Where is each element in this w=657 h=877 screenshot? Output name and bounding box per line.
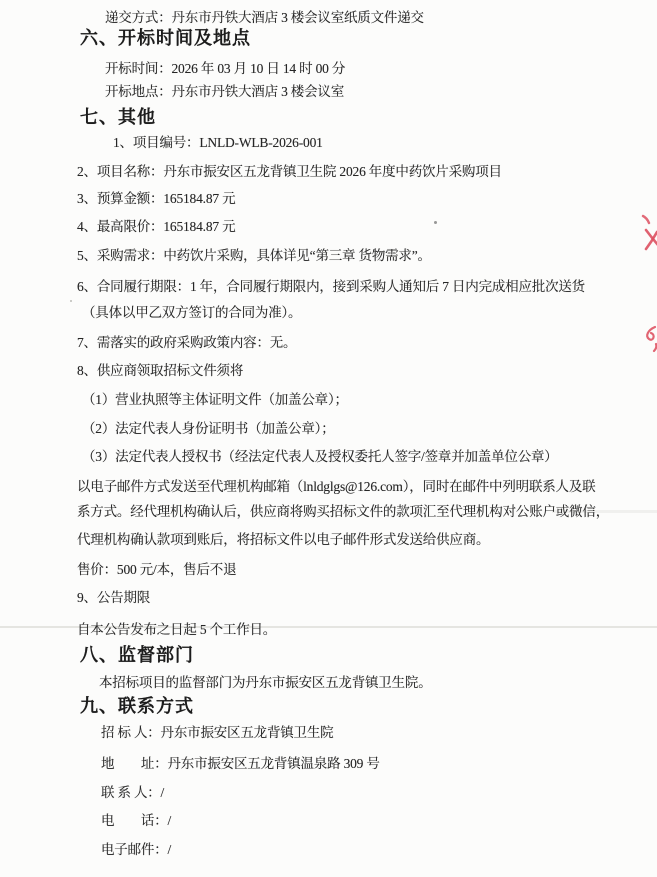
line-email-instruction-1: 以电子邮件方式发送至代理机构邮箱（lnldglgs@126.com），同时在邮件… [77,477,595,497]
line-item-authorization-letter: （3）法定代表人授权书（经法定代表人及授权委托人签字/签章并加盖单位公章） [82,447,558,467]
line-email-instruction-2: 系方式。经代理机构确认后，供应商将购买招标文件的款项汇至代理机构对公账户或微信， [77,502,609,522]
line-bid-opening-time: 开标时间：2026 年 03 月 10 日 14 时 00 分 [105,59,345,79]
line-supplier-obtain-documents: 8、供应商领取招标文件须将 [77,361,243,381]
line-contract-term-part2: （具体以甲乙双方签订的合同为准）。 [82,303,301,323]
line-delivery-method: 递交方式：丹东市丹铁大酒店 3 楼会议室纸质文件递交 [105,8,424,28]
line-announcement-period-value: 自本公告发布之日起 5 个工作日。 [77,620,276,640]
line-email-instruction-3: 代理机构确认款项到账后，将招标文件以电子邮件形式发送给供应商。 [77,530,489,550]
line-document-price: 售价：500 元/本，售后不退 [77,560,236,580]
heading-bid-opening-time-location: 六、开标时间及地点 [80,27,251,49]
line-tenderer: 招 标 人：丹东市振安区五龙背镇卫生院 [101,723,333,743]
scan-speck-artifact [434,221,437,224]
red-pen-mark-icon [642,323,657,355]
line-max-price: 4、最高限价：165184.87 元 [77,217,235,237]
line-address: 地 址：丹东市振安区五龙背镇温泉路 309 号 [101,754,380,774]
line-supervision-department-value: 本招标项目的监督部门为丹东市振安区五龙背镇卫生院。 [99,673,432,693]
heading-supervision-department: 八、监督部门 [80,644,194,666]
scanned-document-page: 递交方式：丹东市丹铁大酒店 3 楼会议室纸质文件递交 六、开标时间及地点 开标时… [0,0,657,877]
line-item-business-license: （1）营业执照等主体证明文件（加盖公章）； [82,390,348,410]
line-budget-amount: 3、预算金额：165184.87 元 [77,189,235,209]
line-email: 电子邮件：/ [101,840,171,860]
line-project-name: 2、项目名称：丹东市振安区五龙背镇卫生院 2026 年度中药饮片采购项目 [77,162,502,182]
line-contract-term-part1: 6、合同履行期限：1 年，合同履行期限内，接到采购人通知后 7 日内完成相应批次… [77,277,585,297]
heading-others: 七、其他 [80,106,156,128]
line-announcement-period-title: 9、公告期限 [77,588,150,608]
line-procurement-requirements: 5、采购需求：中药饮片采购，具体详见“第三章 货物需求”。 [77,246,431,266]
scan-speck-artifact [70,300,72,302]
red-pen-mark-icon [637,210,657,256]
line-policy-content: 7、需落实的政府采购政策内容：无。 [77,333,296,353]
line-project-number: 1、项目编号：LNLD-WLB-2026-001 [113,133,323,153]
line-contact-person: 联 系 人：/ [101,783,164,803]
line-phone: 电 话：/ [101,811,171,831]
line-bid-opening-location: 开标地点：丹东市丹铁大酒店 3 楼会议室 [105,82,344,102]
line-item-legal-rep-id: （2）法定代表人身份证明书（加盖公章）； [82,419,335,439]
heading-contact-info: 九、联系方式 [80,695,194,717]
